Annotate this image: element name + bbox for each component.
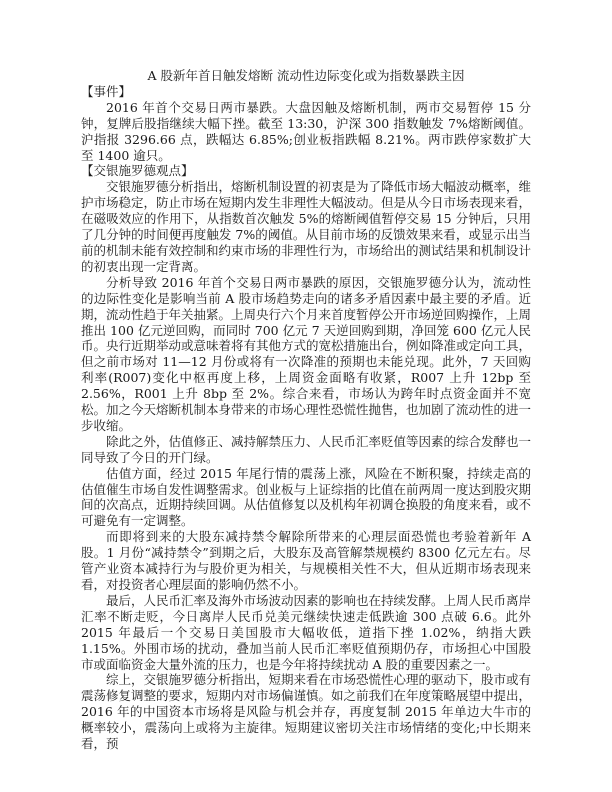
section-heading-viewpoint: 【交银施罗德观点】 [81, 163, 531, 179]
paragraph-event-summary: 2016 年首个交易日两市暴跌。大盘因触及熔断机制，两市交易暂停 15 分钟，复… [81, 100, 531, 164]
paragraph-valuation: 估值方面，经过 2015 年尾行情的震荡上涨，风险在不断积聚，持续走高的估值催生… [81, 466, 531, 530]
document-page: A 股新年首日触发熔断 流动性边际变化或为指数暴跌主因 【事件】 2016 年首… [0, 0, 612, 792]
paragraph-conclusion: 综上，交银施罗德分析指出，短期来看在市场恐慌性心理的驱动下，股市或有震荡修复调整… [81, 672, 531, 752]
paragraph-rmb-exchange-rate: 最后，人民币汇率及海外市场波动因素的影响也在持续发酵。上周人民币离岸汇率不断走贬… [81, 593, 531, 673]
paragraph-other-factors: 除此之外，估值修正、减持解禁压力、人民币汇率贬值等因素的综合发酵也一同导致了今日… [81, 434, 531, 466]
paragraph-share-reduction-ban: 而即将到来的大股东减持禁令解除所带来的心理层面恐慌也考验着新年 A 股。1 月份… [81, 529, 531, 593]
document-title: A 股新年首日触发熔断 流动性边际变化或为指数暴跌主因 [81, 68, 531, 84]
section-heading-event: 【事件】 [81, 84, 531, 100]
paragraph-liquidity-analysis: 分析导致 2016 年首个交易日两市暴跌的原因，交银施罗德分认为，流动性的边际性… [81, 275, 531, 434]
paragraph-circuit-breaker-mechanism: 交银施罗德分析指出，熔断机制设置的初衷是为了降低市场大幅波动概率，维护市场稳定，… [81, 179, 531, 274]
